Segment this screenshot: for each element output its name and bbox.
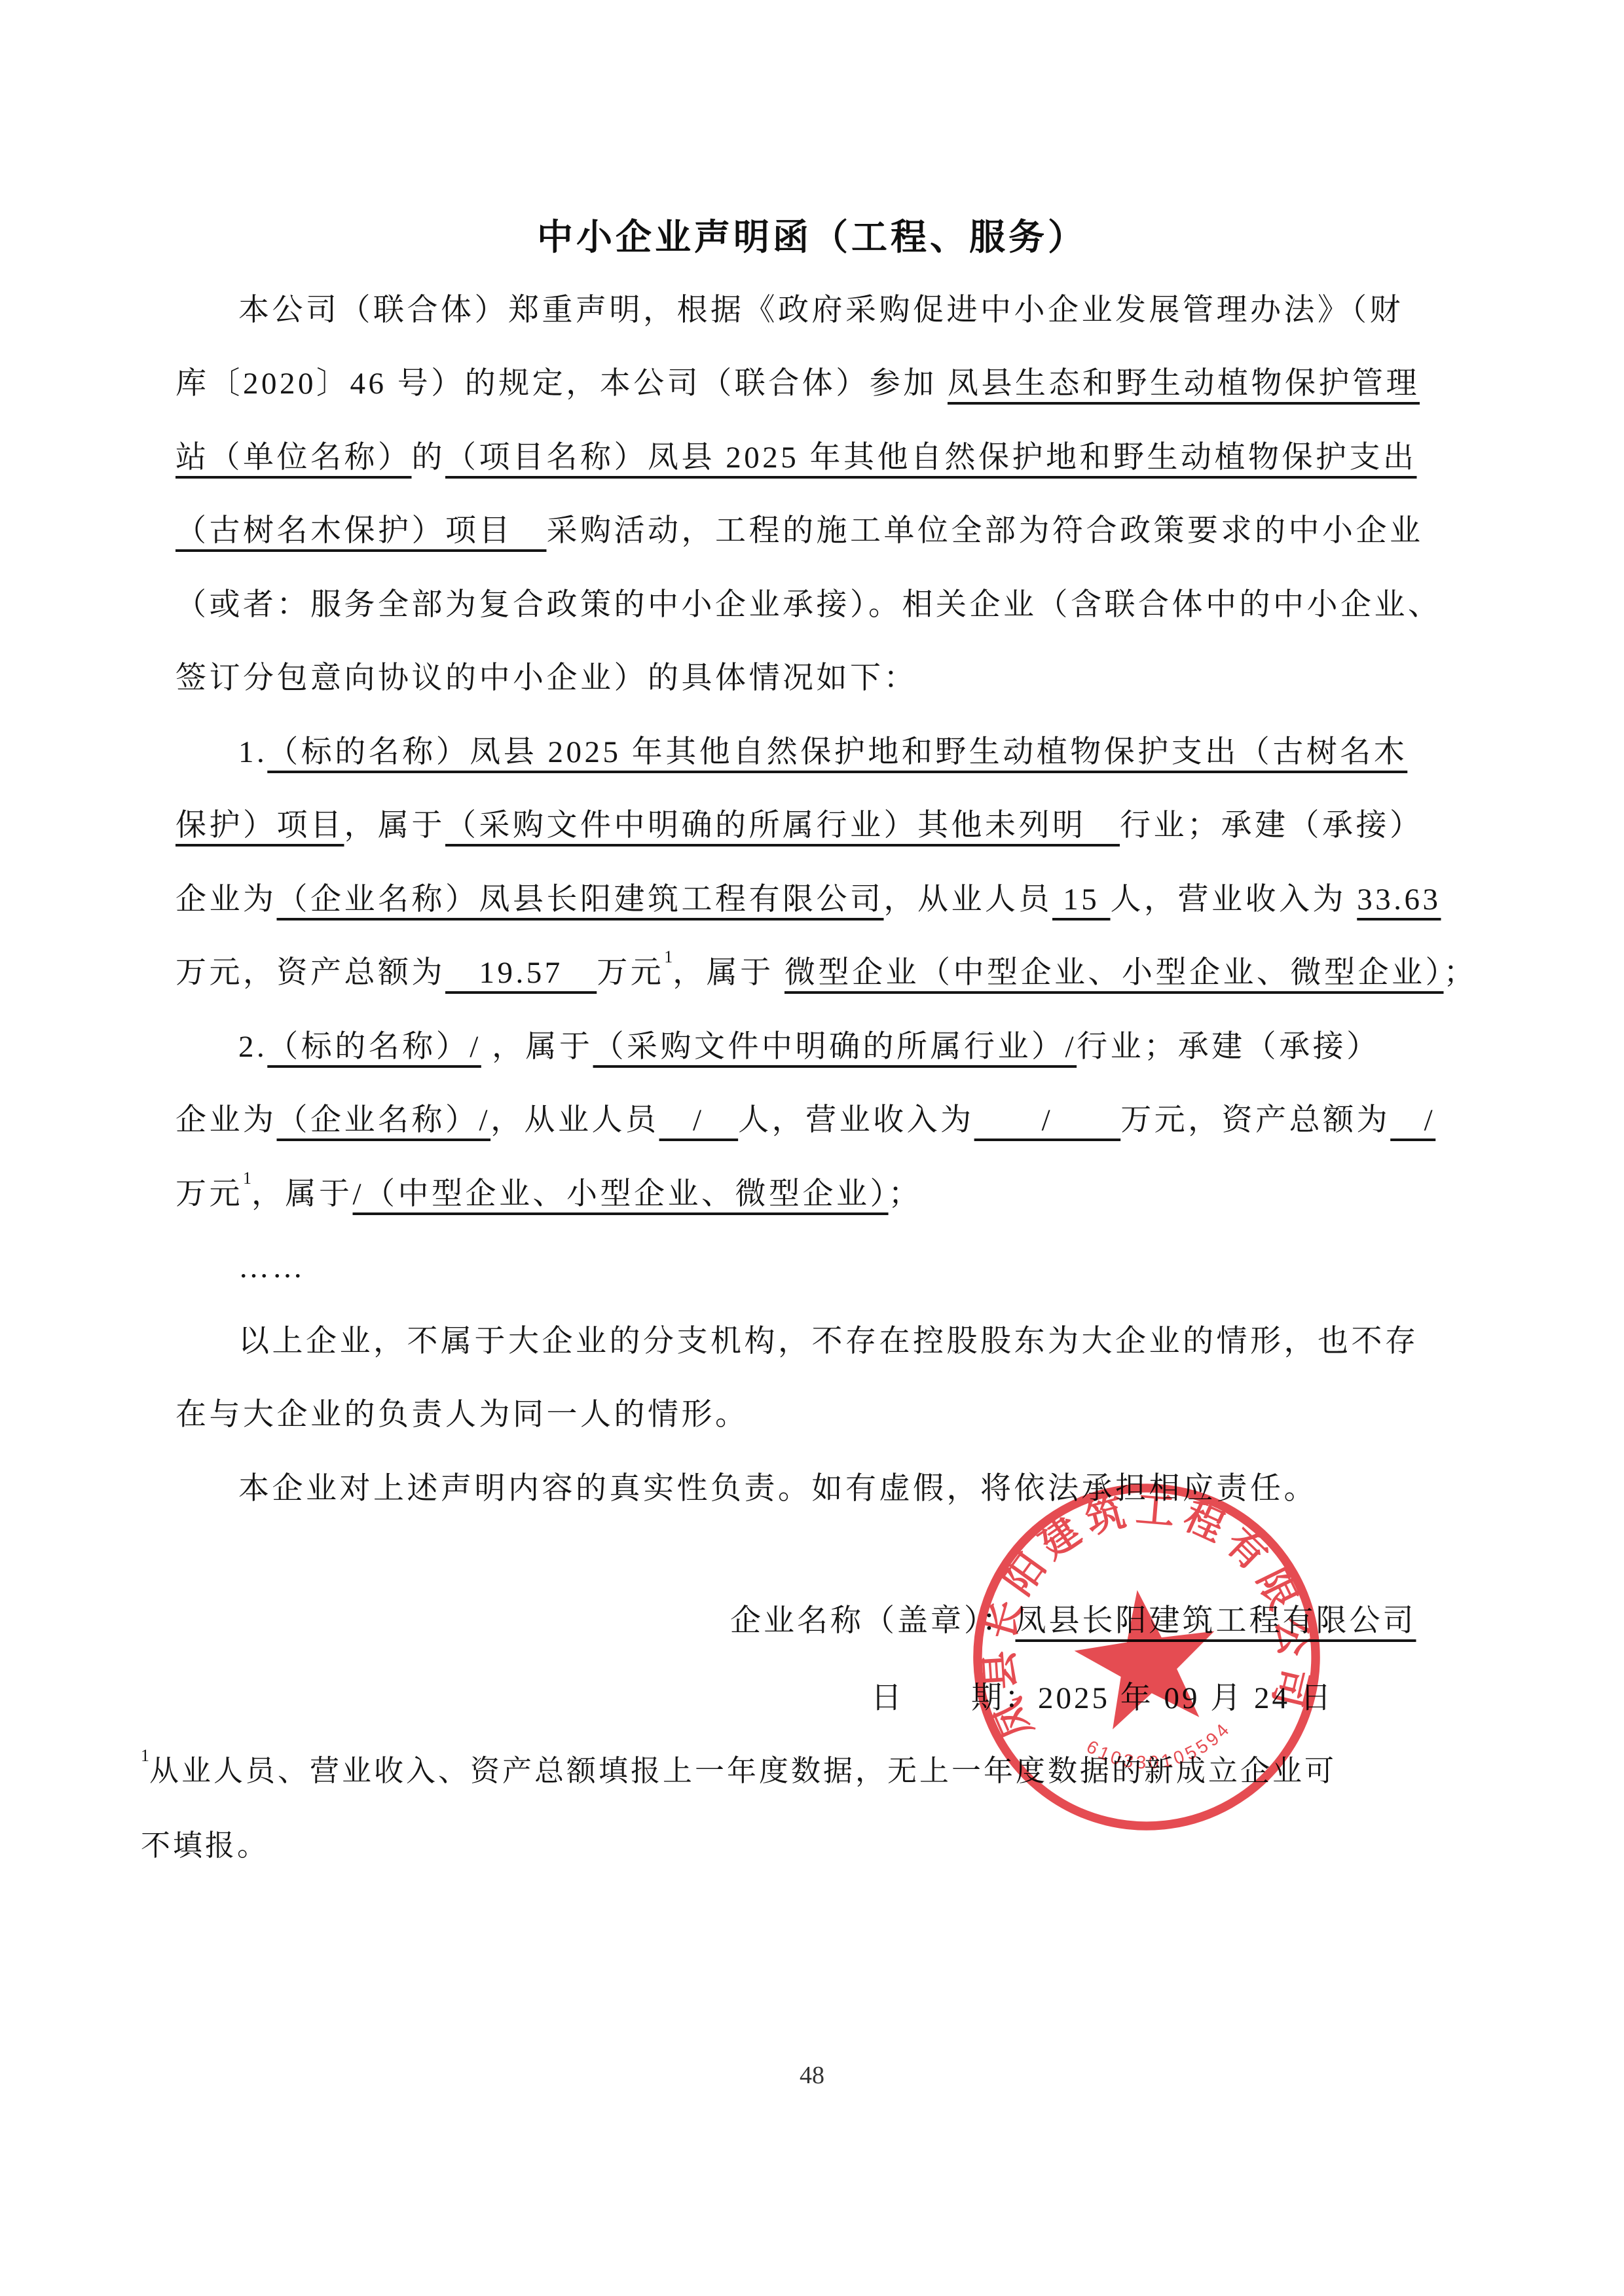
filled-blank: 保护）项目 — [175, 809, 344, 843]
text-segment: 本公司（联合体）郑重声明，根据《政府采购促进中小企业发展管理办法》（财 — [238, 293, 1403, 327]
body-line: 1.（标的名称）凤县 2025 年其他自然保护地和野生动植物保护支出（古树名木 — [175, 734, 1517, 807]
filled-blank: 19.57 — [445, 956, 597, 990]
body-line: 2.（标的名称）/ ，属于（采购文件中明确的所属行业）/行业；承建（承接） — [175, 1029, 1517, 1102]
filled-blank: / — [659, 1103, 739, 1137]
text-segment: 采购活动，工程的施工单位全部为符合政策要求的中小企业 — [547, 514, 1424, 548]
body-line: （或者：服务全部为复合政策的中小企业承接）。相关企业（含联合体中的中小企业、 — [175, 587, 1454, 660]
filled-blank: （标的名称）凤县 2025 年其他自然保护地和野生动植物保护支出（古树名木 — [267, 735, 1407, 769]
body-line: （古树名木保护）项目 采购活动，工程的施工单位全部为符合政策要求的中小企业 — [175, 513, 1454, 586]
body-line: 保护）项目，属于（采购文件中明确的所属行业）其他未列明 行业；承建（承接） — [175, 807, 1454, 881]
body-line: 本企业对上述声明内容的真实性负责。如有虚假，将依法承担相应责任。 — [175, 1470, 1517, 1544]
document-page: 中小企业声明函（工程、服务） 本公司（联合体）郑重声明，根据《政府采购促进中小企… — [0, 0, 1624, 2296]
text-segment: （或者：服务全部为复合政策的中小企业承接）。相关企业（含联合体中的中小企业、 — [175, 588, 1442, 622]
filled-blank: 微型企业（中型企业、小型企业、微型企业） — [784, 956, 1444, 990]
body-line: 本公司（联合体）郑重声明，根据《政府采购促进中小企业发展管理办法》（财 — [175, 292, 1517, 365]
footnote-reference: 1 — [243, 1169, 251, 1188]
text-segment: 在与大企业的负责人为同一人的情形。 — [175, 1398, 749, 1432]
body-line: 库〔2020〕46 号）的规定，本公司（联合体）参加 凤县生态和野生动植物保护管… — [175, 365, 1454, 439]
filled-blank: （项目名称）凤县 2025 年其他自然保护地和野生动植物保护支出 — [445, 441, 1417, 475]
filled-blank: 33.63 — [1357, 883, 1441, 917]
text-segment: ，属于 — [344, 809, 446, 843]
text-segment: ，从业人员 — [884, 883, 1053, 917]
filled-blank: （企业名称）/ — [277, 1103, 491, 1137]
text-segment: 万元 — [175, 1177, 243, 1211]
filled-blank: 站（单位名称） — [175, 441, 412, 475]
body-line: 企业为（企业名称）/，从业人员 / 人，营业收入为 / 万元，资产总额为 / — [175, 1102, 1454, 1175]
text-segment: 企业为 — [175, 883, 277, 917]
filled-blank: （标的名称）/ — [267, 1030, 481, 1064]
text-segment: ，属于 — [481, 1030, 593, 1064]
filled-blank: / — [1390, 1103, 1435, 1137]
filled-blank: （企业名称）凤县长阳建筑工程有限公司 — [277, 883, 884, 917]
text-segment: ； — [889, 1177, 923, 1211]
company-name-value: 凤县长阳建筑工程有限公司 — [1016, 1604, 1416, 1638]
text-segment: 人，营业收入为 — [1111, 883, 1357, 917]
text-segment: ，从业人员 — [490, 1103, 659, 1137]
text-segment: 行业；承建（承接） — [1120, 809, 1424, 843]
filled-blank: 15 — [1052, 883, 1111, 917]
body-line: 万元1，属于/（中型企业、小型企业、微型企业）； — [175, 1176, 1454, 1249]
text-segment: 万元 — [597, 956, 664, 990]
footnote-line: 1从业人员、营业收入、资产总额填报上一年度数据，无上一年度数据的新成立企业可 — [141, 1747, 1457, 1789]
date-value: 2025 年 09 月 24 日 — [1038, 1681, 1334, 1715]
company-name-label: 企业名称（盖章）： — [730, 1604, 1016, 1638]
filled-blank: （古树名木保护）项目 — [175, 514, 547, 548]
footnote-reference: 1 — [664, 947, 673, 966]
text-segment: 的 — [412, 441, 446, 475]
text-segment: 行业；承建（承接） — [1077, 1030, 1380, 1064]
date-label: 日 期： — [871, 1681, 1038, 1715]
text-segment: 万元，资产总额为 — [1120, 1103, 1390, 1137]
text-segment: ； — [1444, 956, 1478, 990]
text-segment: 以上企业，不属于大企业的分支机构，不存在控股股东为大企业的情形，也不存 — [238, 1324, 1419, 1358]
filled-blank: （采购文件中明确的所属行业）其他未列明 — [445, 809, 1120, 843]
page-number: 48 — [0, 2061, 1624, 2090]
item-number: 2. — [238, 1030, 267, 1064]
filled-blank: /（中型企业、小型企业、微型企业） — [353, 1177, 889, 1211]
body-line: 在与大企业的负责人为同一人的情形。 — [175, 1396, 1454, 1470]
body-line: 企业为（企业名称）凤县长阳建筑工程有限公司，从业人员 15 人，营业收入为 33… — [175, 881, 1454, 955]
text-segment: 库〔2020〕46 号）的规定，本公司（联合体）参加 — [175, 367, 948, 401]
body-line: 以上企业，不属于大企业的分支机构，不存在控股股东为大企业的情形，也不存 — [175, 1323, 1517, 1396]
text-segment: ，属于 — [673, 956, 784, 990]
document-title: 中小企业声明函（工程、服务） — [0, 208, 1624, 260]
filled-blank: 凤县生态和野生动植物保护管理 — [948, 367, 1420, 401]
text-segment: 签订分包意向协议的中小企业）的具体情况如下： — [175, 661, 917, 695]
text-segment: 人，营业收入为 — [738, 1103, 974, 1137]
footnote-marker: 1 — [141, 1746, 149, 1765]
text-segment: 企业为 — [175, 1103, 277, 1137]
text-segment: ，属于 — [251, 1177, 353, 1211]
ellipsis-text: …… — [238, 1250, 306, 1285]
filled-blank: （采购文件中明确的所属行业）/ — [593, 1030, 1077, 1064]
body-line: 万元，资产总额为 19.57 万元1，属于 微型企业（中型企业、小型企业、微型企… — [175, 955, 1454, 1028]
date-line: 日 期：2025 年 09 月 24 日 — [871, 1673, 1334, 1717]
body-line: …… — [175, 1249, 1517, 1322]
signature-line: 企业名称（盖章）：凤县长阳建筑工程有限公司 — [730, 1596, 1416, 1640]
text-segment: 本企业对上述声明内容的真实性负责。如有虚假，将依法承担相应责任。 — [238, 1472, 1318, 1506]
item-number: 1. — [238, 735, 267, 769]
footnote-line: 不填报。 — [141, 1821, 269, 1864]
body-line: 站（单位名称）的（项目名称）凤县 2025 年其他自然保护地和野生动植物保护支出 — [175, 439, 1454, 513]
body-line: 签订分包意向协议的中小企业）的具体情况如下： — [175, 660, 1454, 733]
footnote-text: 不填报。 — [141, 1829, 269, 1862]
footnote-text: 从业人员、营业收入、资产总额填报上一年度数据，无上一年度数据的新成立企业可 — [149, 1755, 1337, 1787]
filled-blank: / — [974, 1103, 1121, 1137]
text-segment: 万元，资产总额为 — [175, 956, 445, 990]
